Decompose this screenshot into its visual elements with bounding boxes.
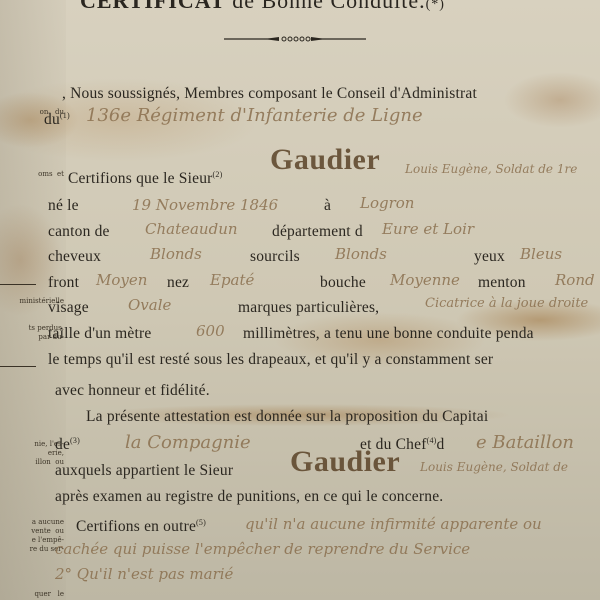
document-title: CERTIFICAT de Bonne Conduite.(*) bbox=[80, 0, 445, 14]
hw-regiment: 136e Régiment d'Infanterie de Ligne bbox=[86, 105, 423, 126]
title-note: (*) bbox=[426, 0, 445, 12]
temps-line: le temps qu'il est resté sous les drapea… bbox=[48, 351, 493, 369]
hw-menton: Rond bbox=[555, 271, 595, 289]
hw-front: Moyen bbox=[96, 271, 147, 289]
hw-cheveux: Blonds bbox=[150, 245, 202, 263]
hw-outre-2: cachée qui puisse l'empêcher de reprendr… bbox=[55, 540, 470, 558]
bouche-label: bouche bbox=[320, 274, 366, 292]
margin-note: quer le bbox=[0, 590, 64, 599]
hw-outre-3: 2° Qu'il n'est pas marié bbox=[55, 565, 233, 583]
marques-label: marques particulières, bbox=[238, 299, 379, 317]
nez-label: nez bbox=[167, 274, 189, 292]
hw-bouche: Moyenne bbox=[390, 271, 460, 289]
hw-birth-date: 19 Novembre 1846 bbox=[132, 196, 278, 214]
hw-yeux: Bleus bbox=[520, 245, 562, 263]
de-label: de(3) bbox=[55, 436, 80, 454]
certifions-label: Certifions que le Sieur(2) bbox=[68, 170, 222, 188]
title-main: CERTIFICAT bbox=[80, 0, 226, 13]
front-label: front bbox=[48, 274, 79, 292]
hw-marques: Cicatrice à la joue droite bbox=[425, 296, 588, 311]
hw-birth-place: Logron bbox=[360, 194, 414, 212]
hw-surname: Gaudier bbox=[270, 143, 380, 177]
hw-canton: Chateaudun bbox=[145, 220, 238, 238]
hw-given-names-2: Louis Eugène, Soldat de bbox=[420, 460, 568, 474]
apres-line: après examen au registre de punitions, e… bbox=[55, 488, 443, 506]
ornament-divider-icon bbox=[224, 35, 366, 43]
ne-le-label: né le bbox=[48, 197, 79, 215]
cheveux-label: cheveux bbox=[48, 248, 101, 266]
taille-label: taille d'un mètre bbox=[48, 325, 151, 343]
hw-capitaine: la Compagnie bbox=[125, 432, 251, 453]
a-label: à bbox=[324, 197, 331, 215]
margin-note: oms et bbox=[0, 170, 64, 179]
hw-departement: Eure et Loir bbox=[382, 220, 474, 238]
canton-label: canton de bbox=[48, 223, 110, 241]
menton-label: menton bbox=[478, 274, 526, 292]
departement-label: département d bbox=[272, 223, 363, 241]
hw-surname-2: Gaudier bbox=[290, 445, 400, 479]
visage-label: visage bbox=[48, 299, 89, 317]
title-rest: de Bonne Conduite. bbox=[226, 0, 426, 13]
honneur-line: avec honneur et fidélité. bbox=[55, 382, 210, 400]
sourcils-label: sourcils bbox=[250, 248, 300, 266]
intro-line: , Nous soussignés, Membres composant le … bbox=[62, 85, 477, 103]
hw-outre-1: qu'il n'a aucune infirmité apparente ou bbox=[245, 515, 542, 533]
attestation-line: La présente attestation est donnée sur l… bbox=[86, 408, 488, 426]
auxquels-label: auxquels appartient le Sieur bbox=[55, 462, 233, 480]
hw-sourcils: Blonds bbox=[335, 245, 387, 263]
hw-given-names: Louis Eugène, Soldat de 1re bbox=[405, 162, 577, 176]
du-label: du(1) bbox=[44, 111, 70, 129]
hw-visage: Ovale bbox=[128, 296, 171, 314]
margin-divider bbox=[0, 284, 36, 285]
hw-taille: 600 bbox=[196, 322, 225, 340]
hw-chef: e Bataillon bbox=[476, 432, 574, 453]
taille-conduite-text: millimètres, a tenu une bonne conduite p… bbox=[243, 325, 534, 343]
outre-label: Certifions en outre(5) bbox=[76, 518, 206, 536]
margin-divider bbox=[0, 366, 36, 367]
yeux-label: yeux bbox=[474, 248, 505, 266]
hw-nez: Epaté bbox=[210, 271, 254, 289]
